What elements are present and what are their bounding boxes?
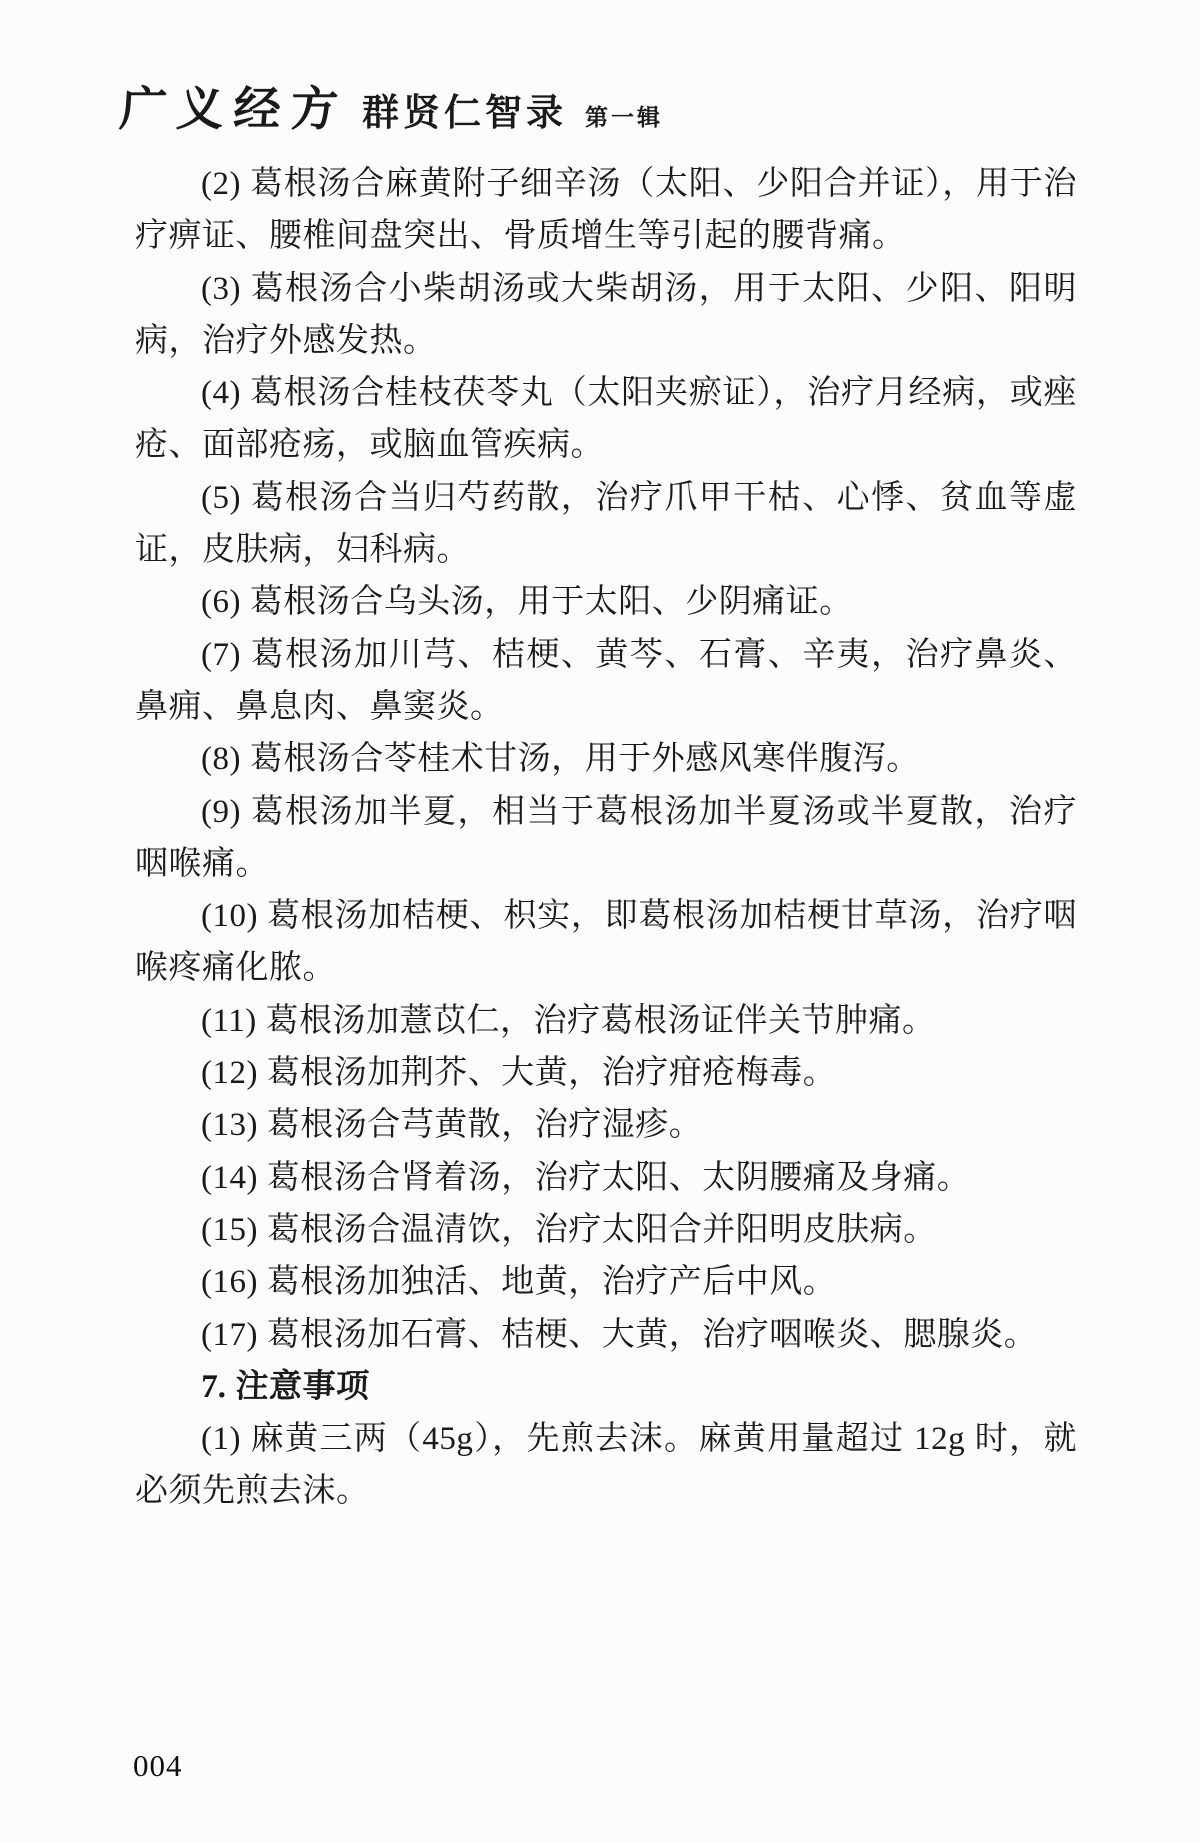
usage-paragraph: (6) 葛根汤合乌头汤，用于太阳、少阴痛证。 [135,576,1077,628]
usage-paragraph: (9) 葛根汤加半夏，相当于葛根汤加半夏汤或半夏散，治疗咽喉痛。 [135,786,1077,891]
usage-paragraph: (11) 葛根汤加薏苡仁，治疗葛根汤证伴关节肿痛。 [135,995,1077,1047]
page-number: 004 [133,1748,183,1784]
book-subtitle: 群贤仁智录 [362,82,567,136]
usage-list: (2) 葛根汤合麻黄附子细辛汤（太阳、少阳合并证），用于治疗痹证、腰椎间盘突出、… [135,158,1077,1361]
section-heading: 7. 注意事项 [134,1361,1078,1413]
edition-label: 第一辑 [585,99,663,132]
note-paragraph: (1) 麻黄三两（45g），先煎去沫。麻黄用量超过 12g 时，就必须先煎去沫。 [135,1413,1077,1518]
usage-paragraph: (14) 葛根汤合肾着汤，治疗太阳、太阴腰痛及身痛。 [135,1152,1077,1204]
usage-paragraph: (4) 葛根汤合桂枝茯苓丸（太阳夹瘀证），治疗月经病，或痤疮、面部疮疡，或脑血管… [135,367,1077,472]
usage-paragraph: (12) 葛根汤加荆芥、大黄，治疗疳疮梅毒。 [135,1047,1077,1099]
usage-paragraph: (3) 葛根汤合小柴胡汤或大柴胡汤，用于太阳、少阳、阳明病，治疗外感发热。 [135,263,1077,368]
running-head: 广义经方 群贤仁智录 第一辑 [120,72,663,139]
usage-paragraph: (10) 葛根汤加桔梗、枳实，即葛根汤加桔梗甘草汤，治疗咽喉疼痛化脓。 [135,890,1077,995]
usage-paragraph: (15) 葛根汤合温清饮，治疗太阳合并阳明皮肤病。 [135,1204,1077,1256]
usage-paragraph: (8) 葛根汤合苓桂术甘汤，用于外感风寒伴腹泻。 [135,733,1077,785]
book-title: 广义经方 [118,72,351,139]
notes-list: (1) 麻黄三两（45g），先煎去沫。麻黄用量超过 12g 时，就必须先煎去沫。 [135,1413,1077,1518]
book-page: 广义经方 群贤仁智录 第一辑 (2) 葛根汤合麻黄附子细辛汤（太阳、少阳合并证）… [0,0,1200,1843]
usage-paragraph: (16) 葛根汤加独活、地黄，治疗产后中风。 [135,1256,1077,1308]
usage-paragraph: (5) 葛根汤合当归芍药散，治疗爪甲干枯、心悸、贫血等虚证，皮肤病，妇科病。 [135,472,1077,577]
usage-paragraph: (7) 葛根汤加川芎、桔梗、黄芩、石膏、辛夷，治疗鼻炎、鼻痈、鼻息肉、鼻窦炎。 [135,629,1077,734]
page-content: (2) 葛根汤合麻黄附子细辛汤（太阳、少阳合并证），用于治疗痹证、腰椎间盘突出、… [135,158,1077,1518]
usage-paragraph: (2) 葛根汤合麻黄附子细辛汤（太阳、少阳合并证），用于治疗痹证、腰椎间盘突出、… [135,158,1077,263]
usage-paragraph: (13) 葛根汤合芎黄散，治疗湿疹。 [135,1099,1077,1151]
usage-paragraph: (17) 葛根汤加石膏、桔梗、大黄，治疗咽喉炎、腮腺炎。 [135,1309,1077,1361]
